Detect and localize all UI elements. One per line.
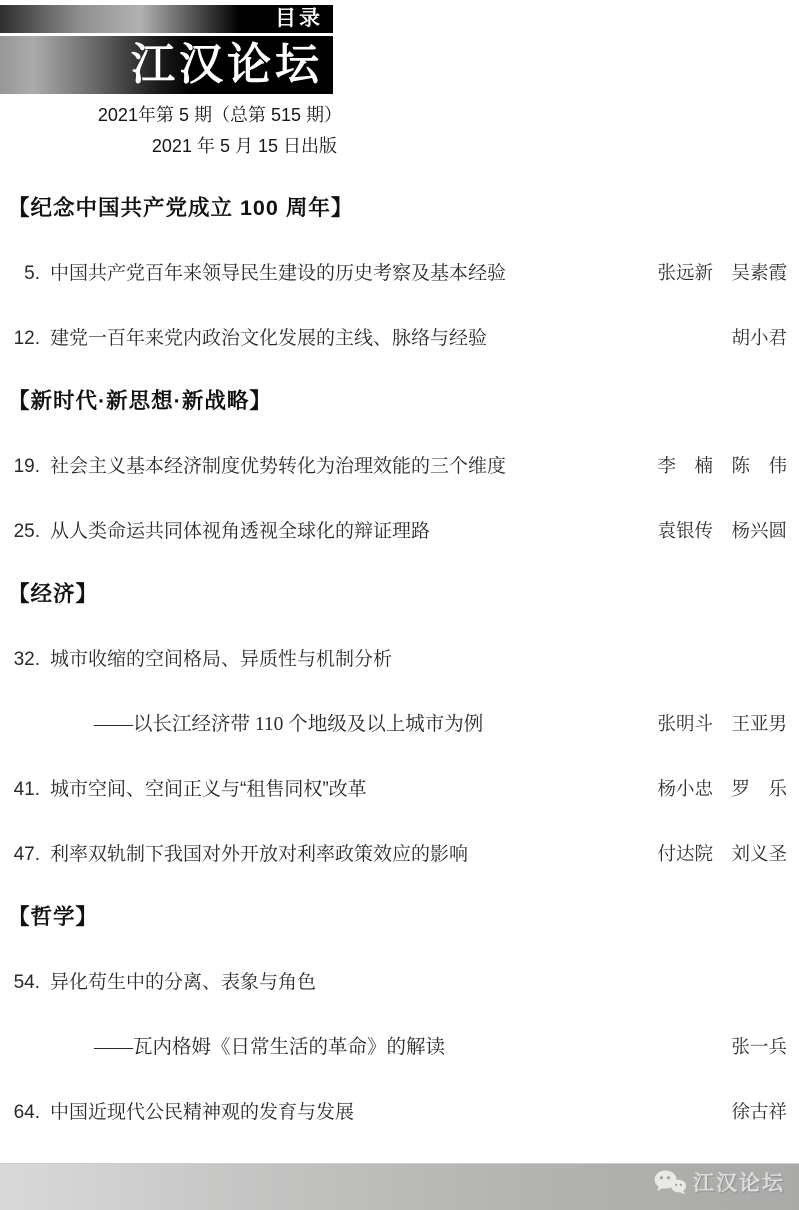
entry-page-number: 25. [8,520,40,544]
entry-subtitle: ——瓦内格姆《日常生活的革命》的解读 [8,1036,445,1060]
toc-entry: 64.中国近现代公民精神观的发育与发展 徐古祥 [8,1101,789,1125]
toc-bar: 目录 [0,5,333,33]
toc-entry: 32.城市收缩的空间格局、异质性与机制分析 [8,648,789,672]
section-heading: 【新时代·新思想·新战略】 [8,388,789,414]
entry-title: 社会主义基本经济制度优势转化为治理效能的三个维度 [50,456,506,477]
footer-band: 江汉论坛 [0,1163,799,1210]
entry-authors: 杨小忠 罗 乐 [657,778,789,802]
entry-page-number: 41. [8,778,40,802]
entry-title: 从人类命运共同体视角透视全球化的辩证理路 [50,521,430,542]
entry-authors: 徐古祥 [731,1101,789,1125]
entry-authors: 张明斗 王亚男 [657,713,789,737]
toc-entry: 41.城市空间、空间正义与“租售同权”改革 杨小忠 罗 乐 [8,778,789,802]
toc-entry: 19.社会主义基本经济制度优势转化为治理效能的三个维度 李 楠 陈 伟 [8,455,789,479]
entry-authors: 张远新 吴素霞 [657,262,789,286]
entry-title: 异化苟生中的分离、表象与角色 [50,972,316,993]
entry-authors: 袁银传 杨兴圆 [657,520,789,544]
section-heading: 【经济】 [8,581,789,607]
entry-page-number: 19. [8,455,40,479]
toc-label: 目录 [275,7,323,30]
toc-entry: 25.从人类命运共同体视角透视全球化的辩证理路 袁银传 杨兴圆 [8,520,789,544]
entry-title: 中国近现代公民精神观的发育与发展 [50,1102,354,1123]
toc-contents: 【纪念中国共产党成立 100 周年】 5.中国共产党百年来领导民生建设的历史考察… [0,195,799,1125]
journal-title-bar: 江汉论坛 [0,36,333,94]
toc-entry: 47.利率双轨制下我国对外开放对利率政策效应的影响 付达院 刘义圣 [8,843,789,867]
journal-name: 江汉论坛 [131,40,323,89]
entry-title: 中国共产党百年来领导民生建设的历史考察及基本经验 [50,263,506,284]
entry-page-number: 32. [8,648,40,672]
entry-page-number: 12. [8,327,40,351]
entry-page-number: 54. [8,971,40,995]
entry-title: 城市收缩的空间格局、异质性与机制分析 [50,649,392,670]
section-heading: 【纪念中国共产党成立 100 周年】 [8,195,789,221]
toc-entry-subtitle: ——瓦内格姆《日常生活的革命》的解读 张一兵 [8,1036,789,1060]
section-heading: 【哲学】 [8,904,789,930]
entry-title: 建党一百年来党内政治文化发展的主线、脉络与经验 [50,328,487,349]
entry-page-number: 47. [8,843,40,867]
publish-line: 2021 年 5 月 15 日出版 [0,132,337,158]
toc-entry: 12.建党一百年来党内政治文化发展的主线、脉络与经验 胡小君 [8,327,789,351]
entry-title: 利率双轨制下我国对外开放对利率政策效应的影响 [50,844,468,865]
watermark-text: 江汉论坛 [693,1167,785,1197]
entry-authors: 胡小君 [731,327,789,351]
wechat-watermark: 江汉论坛 [653,1167,785,1197]
toc-entry: 5.中国共产党百年来领导民生建设的历史考察及基本经验 张远新 吴素霞 [8,262,789,286]
issue-line: 2021年第 5 期（总第 515 期） [0,101,342,127]
toc-entry-subtitle: ——以长江经济带 110 个地级及以上城市为例 张明斗 王亚男 [8,713,789,737]
journal-toc-page: 目录 江汉论坛 2021年第 5 期（总第 515 期） 2021 年 5 月 … [0,0,799,1210]
wechat-icon [653,1169,687,1196]
entry-authors: 李 楠 陈 伟 [657,455,789,479]
masthead: 目录 江汉论坛 2021年第 5 期（总第 515 期） 2021 年 5 月 … [0,0,799,158]
entry-authors: 付达院 刘义圣 [657,843,789,867]
entry-page-number: 5. [8,262,40,286]
entry-authors: 张一兵 [731,1036,789,1060]
toc-entry: 54.异化苟生中的分离、表象与角色 [8,971,789,995]
entry-subtitle: ——以长江经济带 110 个地级及以上城市为例 [8,713,483,737]
entry-page-number: 64. [8,1101,40,1125]
entry-title: 城市空间、空间正义与“租售同权”改革 [50,779,367,800]
